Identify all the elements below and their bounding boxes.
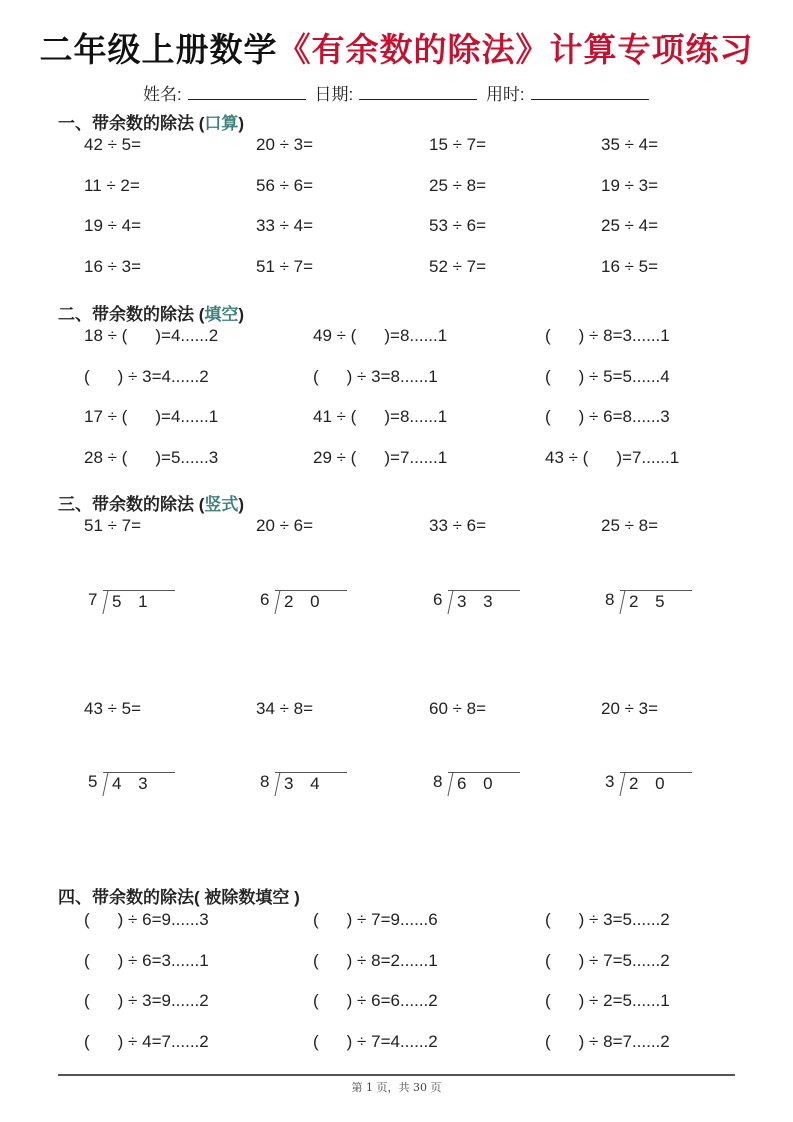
fill-in-problem: 43 ÷ ()=7......1 bbox=[545, 448, 679, 468]
title-prefix: 二年级上册数学 bbox=[40, 30, 278, 69]
problem-prefix: ( bbox=[545, 991, 551, 1010]
bracket-top-line bbox=[448, 772, 520, 773]
problem-suffix: ) ÷ 6=6......2 bbox=[347, 991, 438, 1010]
problem-suffix: ) ÷ 8=7......2 bbox=[579, 1032, 670, 1051]
section-3-tag: 竖式 bbox=[204, 495, 238, 514]
section-4-tag: ( 被除数填空 ) bbox=[194, 888, 300, 907]
division-bracket: 2 5 bbox=[617, 590, 687, 612]
problem-prefix: ( bbox=[545, 407, 551, 426]
bracket-curve bbox=[614, 772, 625, 796]
long-division[interactable]: 82 5 bbox=[605, 590, 687, 612]
fill-in-problem: () ÷ 5=5......4 bbox=[545, 367, 670, 387]
fill-in-problem: () ÷ 6=9......3 bbox=[84, 910, 209, 930]
division-bracket: 5 1 bbox=[100, 590, 170, 612]
problem-suffix: ) ÷ 6=8......3 bbox=[579, 407, 670, 426]
bracket-curve bbox=[97, 590, 108, 614]
name-label: 姓名: bbox=[143, 80, 182, 105]
problem-equation: 33 ÷ 4= bbox=[256, 216, 313, 236]
name-field[interactable] bbox=[188, 85, 306, 100]
dividend: 3 4 bbox=[284, 774, 326, 794]
long-division[interactable]: 62 0 bbox=[260, 590, 342, 612]
problem-equation: 43 ÷ 5= bbox=[84, 699, 141, 719]
section-3-title: 三、带余数的除法 bbox=[58, 495, 194, 514]
problem-prefix: ( bbox=[84, 910, 90, 929]
long-division[interactable]: 32 0 bbox=[605, 772, 687, 794]
problem-prefix: ( bbox=[545, 910, 551, 929]
bracket-top-line bbox=[275, 590, 347, 591]
problem-equation: 42 ÷ 5= bbox=[84, 135, 141, 155]
bracket-curve bbox=[614, 590, 625, 614]
problem-equation: 25 ÷ 8= bbox=[601, 516, 658, 536]
fill-in-problem: 49 ÷ ()=8......1 bbox=[313, 326, 447, 346]
division-bracket: 2 0 bbox=[617, 772, 687, 794]
long-division[interactable]: 75 1 bbox=[88, 590, 170, 612]
problem-prefix: ( bbox=[545, 367, 551, 386]
bracket-curve bbox=[442, 772, 453, 796]
problem-prefix: ( bbox=[545, 326, 551, 345]
section-2-heading: 二、带余数的除法 (填空) bbox=[58, 300, 244, 325]
problem-equation: 53 ÷ 6= bbox=[429, 216, 486, 236]
section-4-heading: 四、带余数的除法( 被除数填空 ) bbox=[58, 883, 300, 908]
fill-in-problem: () ÷ 8=7......2 bbox=[545, 1032, 670, 1052]
dividend: 6 0 bbox=[457, 774, 499, 794]
problem-prefix: 17 ÷ ( bbox=[84, 407, 127, 426]
problem-equation: 19 ÷ 3= bbox=[601, 176, 658, 196]
problem-prefix: ( bbox=[84, 367, 90, 386]
worksheet-title: 二年级上册数学《有余数的除法》计算专项练习 bbox=[0, 24, 793, 71]
problem-prefix: 49 ÷ ( bbox=[313, 326, 356, 345]
bracket-top-line bbox=[103, 590, 175, 591]
problem-equation: 51 ÷ 7= bbox=[256, 257, 313, 277]
section-2-tag: 填空 bbox=[204, 305, 238, 324]
time-field[interactable] bbox=[531, 85, 649, 100]
fill-in-problem: 29 ÷ ()=7......1 bbox=[313, 448, 447, 468]
section-4-title: 四、带余数的除法 bbox=[58, 888, 194, 907]
fill-in-problem: 28 ÷ ()=5......3 bbox=[84, 448, 218, 468]
problem-prefix: ( bbox=[545, 951, 551, 970]
dividend: 2 0 bbox=[284, 592, 326, 612]
problem-prefix: 29 ÷ ( bbox=[313, 448, 356, 467]
fill-in-problem: () ÷ 7=5......2 bbox=[545, 951, 670, 971]
fill-in-problem: 18 ÷ ()=4......2 bbox=[84, 326, 218, 346]
problem-equation: 52 ÷ 7= bbox=[429, 257, 486, 277]
problem-suffix: ) ÷ 8=2......1 bbox=[347, 951, 438, 970]
problem-prefix: 18 ÷ ( bbox=[84, 326, 127, 345]
fill-in-problem: () ÷ 6=8......3 bbox=[545, 407, 670, 427]
problem-suffix: ) ÷ 3=9......2 bbox=[118, 991, 209, 1010]
problem-prefix: 28 ÷ ( bbox=[84, 448, 127, 467]
section-1-heading: 一、带余数的除法 (口算) bbox=[58, 109, 244, 134]
section-1-tag: 口算 bbox=[204, 114, 238, 133]
fill-in-problem: () ÷ 4=7......2 bbox=[84, 1032, 209, 1052]
bracket-curve bbox=[97, 772, 108, 796]
problem-equation: 60 ÷ 8= bbox=[429, 699, 486, 719]
long-division[interactable]: 83 4 bbox=[260, 772, 342, 794]
problem-suffix: ) ÷ 3=8......1 bbox=[347, 367, 438, 386]
division-bracket: 6 0 bbox=[445, 772, 515, 794]
problem-prefix: ( bbox=[84, 991, 90, 1010]
problem-suffix: ) ÷ 2=5......1 bbox=[579, 991, 670, 1010]
problem-suffix: )=7......1 bbox=[384, 448, 447, 467]
problem-equation: 51 ÷ 7= bbox=[84, 516, 141, 536]
problem-equation: 16 ÷ 5= bbox=[601, 257, 658, 277]
bracket-curve bbox=[269, 590, 280, 614]
problem-equation: 11 ÷ 2= bbox=[84, 176, 140, 196]
dividend: 2 5 bbox=[629, 592, 671, 612]
problem-suffix: ) ÷ 6=3......1 bbox=[118, 951, 209, 970]
problem-suffix: )=7......1 bbox=[616, 448, 679, 467]
problem-suffix: ) ÷ 4=7......2 bbox=[118, 1032, 209, 1051]
bracket-top-line bbox=[275, 772, 347, 773]
fill-in-problem: 41 ÷ ()=8......1 bbox=[313, 407, 447, 427]
page-number: 第 1 页，共 30 页 bbox=[0, 1079, 793, 1095]
fill-in-problem: () ÷ 3=8......1 bbox=[313, 367, 438, 387]
problem-equation: 16 ÷ 3= bbox=[84, 257, 141, 277]
bracket-curve bbox=[442, 590, 453, 614]
problem-prefix: ( bbox=[84, 951, 90, 970]
footer-divider bbox=[58, 1074, 735, 1076]
problem-prefix: ( bbox=[313, 991, 319, 1010]
dividend: 2 0 bbox=[629, 774, 671, 794]
problem-prefix: 41 ÷ ( bbox=[313, 407, 356, 426]
bracket-curve bbox=[269, 772, 280, 796]
problem-suffix: )=4......2 bbox=[155, 326, 218, 345]
problem-equation: 20 ÷ 6= bbox=[256, 516, 313, 536]
fill-in-problem: () ÷ 3=9......2 bbox=[84, 991, 209, 1011]
problem-equation: 15 ÷ 7= bbox=[429, 135, 486, 155]
problem-suffix: )=8......1 bbox=[384, 326, 447, 345]
dividend: 3 3 bbox=[457, 592, 499, 612]
section-2-title: 二、带余数的除法 bbox=[58, 305, 194, 324]
problem-prefix: ( bbox=[313, 367, 319, 386]
problem-suffix: ) ÷ 7=5......2 bbox=[579, 951, 670, 970]
problem-equation: 25 ÷ 4= bbox=[601, 216, 658, 236]
problem-suffix: ) ÷ 3=5......2 bbox=[579, 910, 670, 929]
problem-suffix: )=4......1 bbox=[155, 407, 218, 426]
long-division[interactable]: 63 3 bbox=[433, 590, 515, 612]
problem-prefix: 43 ÷ ( bbox=[545, 448, 588, 467]
problem-equation: 33 ÷ 6= bbox=[429, 516, 486, 536]
problem-prefix: ( bbox=[313, 910, 319, 929]
problem-suffix: ) ÷ 8=3......1 bbox=[579, 326, 670, 345]
bracket-top-line bbox=[620, 772, 692, 773]
division-bracket: 3 4 bbox=[272, 772, 342, 794]
date-label: 日期: bbox=[314, 80, 353, 105]
fill-in-problem: 17 ÷ ()=4......1 bbox=[84, 407, 218, 427]
bracket-top-line bbox=[620, 590, 692, 591]
problem-equation: 56 ÷ 6= bbox=[256, 176, 313, 196]
bracket-top-line bbox=[448, 590, 520, 591]
fill-in-problem: () ÷ 7=4......2 bbox=[313, 1032, 438, 1052]
problem-equation: 20 ÷ 3= bbox=[256, 135, 313, 155]
division-bracket: 3 3 bbox=[445, 590, 515, 612]
problem-equation: 35 ÷ 4= bbox=[601, 135, 658, 155]
title-suffix: 计算专项练习 bbox=[550, 30, 754, 69]
problem-prefix: ( bbox=[545, 1032, 551, 1051]
problem-prefix: ( bbox=[313, 1032, 319, 1051]
date-field[interactable] bbox=[359, 85, 477, 100]
student-info-row: 姓名: 日期: 用时: bbox=[143, 80, 653, 105]
fill-in-problem: () ÷ 6=6......2 bbox=[313, 991, 438, 1011]
problem-suffix: ) ÷ 3=4......2 bbox=[118, 367, 209, 386]
problem-prefix: ( bbox=[313, 951, 319, 970]
division-bracket: 2 0 bbox=[272, 590, 342, 612]
fill-in-problem: () ÷ 8=3......1 bbox=[545, 326, 670, 346]
problem-suffix: ) ÷ 6=9......3 bbox=[118, 910, 209, 929]
division-bracket: 4 3 bbox=[100, 772, 170, 794]
bracket-top-line bbox=[103, 772, 175, 773]
problem-equation: 34 ÷ 8= bbox=[256, 699, 313, 719]
problem-suffix: ) ÷ 7=4......2 bbox=[347, 1032, 438, 1051]
long-division[interactable]: 86 0 bbox=[433, 772, 515, 794]
long-division[interactable]: 54 3 bbox=[88, 772, 170, 794]
problem-equation: 19 ÷ 4= bbox=[84, 216, 141, 236]
problem-equation: 25 ÷ 8= bbox=[429, 176, 486, 196]
section-3-heading: 三、带余数的除法 (竖式) bbox=[58, 490, 244, 515]
problem-prefix: ( bbox=[84, 1032, 90, 1051]
fill-in-problem: () ÷ 2=5......1 bbox=[545, 991, 670, 1011]
fill-in-problem: () ÷ 6=3......1 bbox=[84, 951, 209, 971]
dividend: 5 1 bbox=[112, 592, 154, 612]
dividend: 4 3 bbox=[112, 774, 154, 794]
fill-in-problem: () ÷ 7=9......6 bbox=[313, 910, 438, 930]
section-1-title: 一、带余数的除法 bbox=[58, 114, 194, 133]
fill-in-problem: () ÷ 8=2......1 bbox=[313, 951, 438, 971]
time-label: 用时: bbox=[486, 80, 525, 105]
problem-equation: 20 ÷ 3= bbox=[601, 699, 658, 719]
problem-suffix: ) ÷ 7=9......6 bbox=[347, 910, 438, 929]
fill-in-problem: () ÷ 3=5......2 bbox=[545, 910, 670, 930]
problem-suffix: ) ÷ 5=5......4 bbox=[579, 367, 670, 386]
title-highlight: 《有余数的除法》 bbox=[278, 30, 550, 69]
problem-suffix: )=8......1 bbox=[384, 407, 447, 426]
fill-in-problem: () ÷ 3=4......2 bbox=[84, 367, 209, 387]
problem-suffix: )=5......3 bbox=[155, 448, 218, 467]
